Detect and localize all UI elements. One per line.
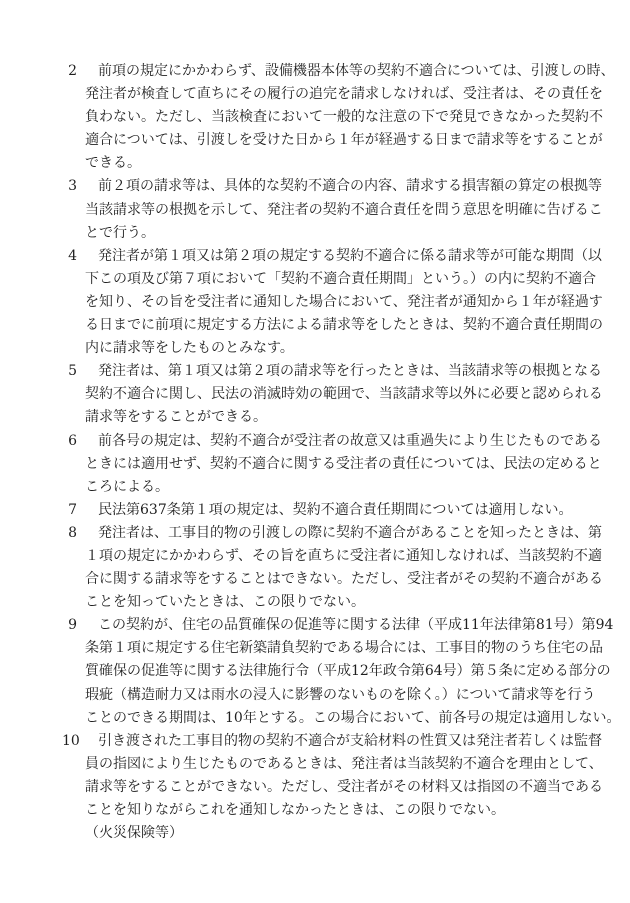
clause-10-line-2: 員の指図により生じたものであるときは、発注者は当該契約不適合を理由として、 <box>85 753 595 776</box>
clause-5-line-3: 請求等をすることができる。 <box>85 406 595 429</box>
clause-number: 10 <box>62 730 77 753</box>
clause-number: 7 <box>62 499 77 522</box>
clause-10-line-3: 請求等をすることができない。ただし、受注者がその材料又は指図の不適当である <box>85 776 595 799</box>
clause-7: 7民法第637条第１項の規定は、契約不適合責任期間については適用しない。 <box>85 499 595 522</box>
clause-8-line-2: １項の規定にかかわらず、その旨を直ちに受注者に通知しなければ、当該契約不適 <box>85 545 595 568</box>
clause-6-line-1: 6前各号の規定は、契約不適合が受注者の故意又は重過失により生じたものである <box>85 430 595 453</box>
clause-4-line-1: 4発注者が第１項又は第２項の規定する契約不適合に係る請求等が可能な期間（以 <box>85 245 595 268</box>
clause-4-line-5: 内に請求等をしたものとみなす。 <box>85 337 595 360</box>
clause-number: 2 <box>62 60 77 83</box>
clause-4-line-4: る日までに前項に規定する方法による請求等をしたときは、契約不適合責任期間の <box>85 314 595 337</box>
clause-number: 5 <box>62 360 77 383</box>
clause-9-line-5: ことのできる期間は、10年とする。この場合において、前各号の規定は適用しない。 <box>85 707 595 730</box>
clause-4-line-3: を知り、その旨を受注者に通知した場合において、発注者が通知から１年が経過す <box>85 291 595 314</box>
clause-2-line-3: 負わない。ただし、当該検査において一般的な注意の下で発見できなかった契約不 <box>85 106 595 129</box>
clause-2-line-1: 2前項の規定にかかわらず、設備機器本体等の契約不適合については、引渡しの時、 <box>85 60 595 83</box>
clause-5-line-2: 契約不適合に関し、民法の消滅時効の範囲で、当該請求等以外に必要と認められる <box>85 383 595 406</box>
clause-2-line-2: 発注者が検査して直ちにその履行の追完を請求しなければ、受注者は、その責任を <box>85 83 595 106</box>
clause-3-line-1: 3前２項の請求等は、具体的な契約不適合の内容、請求する損害額の算定の根拠等 <box>85 175 595 198</box>
clause-5-line-1: 5発注者は、第１項又は第２項の請求等を行ったときは、当該請求等の根拠となる <box>85 360 595 383</box>
clause-6-line-2: ときには適用せず、契約不適合に関する受注者の責任については、民法の定めると <box>85 453 595 476</box>
clause-9-line-2: 条第１項に規定する住宅新築請負契約である場合には、工事目的物のうち住宅の品 <box>85 637 595 660</box>
clause-3-line-2: 当該請求等の根拠を示して、発注者の契約不適合責任を問う意思を明確に告げるこ <box>85 199 595 222</box>
clause-3-line-3: とで行う。 <box>85 222 595 245</box>
clause-text: 前２項の請求等は、具体的な契約不適合の内容、請求する損害額の算定の根拠等 <box>98 178 602 194</box>
clause-5: 5発注者は、第１項又は第２項の請求等を行ったときは、当該請求等の根拠となる契約不… <box>85 360 595 429</box>
clause-text: 民法第637条第１項の規定は、契約不適合責任期間については適用しない。 <box>98 502 572 518</box>
clause-text: この契約が、住宅の品質確保の促進等に関する法律（平成11年法律第81号）第94 <box>98 617 613 633</box>
clause-4-line-2: 下この項及び第７項において「契約不適合責任期間」という。）の内に契約不適合 <box>85 268 595 291</box>
clause-8: 8発注者は、工事目的物の引渡しの際に契約不適合があることを知ったときは、第１項の… <box>85 522 595 614</box>
contract-text-block: 2前項の規定にかかわらず、設備機器本体等の契約不適合については、引渡しの時、発注… <box>85 60 595 845</box>
clause-2-line-4: 適合については、引渡しを受けた日から１年が経過する日まで請求等をすることが <box>85 129 595 152</box>
clause-text: 引き渡された工事目的物の契約不適合が支給材料の性質又は発注者若しくは監督 <box>98 733 602 749</box>
clause-10: 10引き渡された工事目的物の契約不適合が支給材料の性質又は発注者若しくは監督員の… <box>85 730 595 822</box>
clause-8-line-3: 合に関する請求等をすることはできない。ただし、受注者がその契約不適合がある <box>85 568 595 591</box>
clause-text: 前各号の規定は、契約不適合が受注者の故意又は重過失により生じたものである <box>98 433 602 449</box>
clause-number: 6 <box>62 430 77 453</box>
clause-9-line-1: 9この契約が、住宅の品質確保の促進等に関する法律（平成11年法律第81号）第94 <box>85 614 595 637</box>
clause-6: 6前各号の規定は、契約不適合が受注者の故意又は重過失により生じたものであるときに… <box>85 430 595 499</box>
clause-number: 9 <box>62 614 77 637</box>
clause-number: 8 <box>62 522 77 545</box>
clause-7-line-1: 7民法第637条第１項の規定は、契約不適合責任期間については適用しない。 <box>85 499 595 522</box>
section-heading-fire-insurance: （火災保険等） <box>85 822 595 845</box>
clause-2-line-5: できる。 <box>85 152 595 175</box>
clause-number: 3 <box>62 175 77 198</box>
clause-10-line-4: ことを知りながらこれを通知しなかったときは、この限りでない。 <box>85 799 595 822</box>
clause-3: 3前２項の請求等は、具体的な契約不適合の内容、請求する損害額の算定の根拠等当該請… <box>85 175 595 244</box>
clause-10-line-1: 10引き渡された工事目的物の契約不適合が支給材料の性質又は発注者若しくは監督 <box>85 730 595 753</box>
clause-text: 発注者は、工事目的物の引渡しの際に契約不適合があることを知ったときは、第 <box>98 525 602 541</box>
document-page: 2前項の規定にかかわらず、設備機器本体等の契約不適合については、引渡しの時、発注… <box>0 0 630 903</box>
clause-9-line-3: 質確保の促進等に関する法律施行令（平成12年政令第64号）第５条に定める部分の <box>85 660 595 683</box>
clause-number: 4 <box>62 245 77 268</box>
clause-9: 9この契約が、住宅の品質確保の促進等に関する法律（平成11年法律第81号）第94… <box>85 614 595 729</box>
clause-9-line-4: 瑕疵（構造耐力又は雨水の浸入に影響のないものを除く。）について請求等を行う <box>85 684 595 707</box>
clause-6-line-3: ころによる。 <box>85 476 595 499</box>
clause-8-line-1: 8発注者は、工事目的物の引渡しの際に契約不適合があることを知ったときは、第 <box>85 522 595 545</box>
clause-4: 4発注者が第１項又は第２項の規定する契約不適合に係る請求等が可能な期間（以下この… <box>85 245 595 360</box>
clause-text: 前項の規定にかかわらず、設備機器本体等の契約不適合については、引渡しの時、 <box>98 63 615 79</box>
clause-2: 2前項の規定にかかわらず、設備機器本体等の契約不適合については、引渡しの時、発注… <box>85 60 595 175</box>
clause-list: 2前項の規定にかかわらず、設備機器本体等の契約不適合については、引渡しの時、発注… <box>85 60 595 822</box>
clause-text: 発注者が第１項又は第２項の規定する契約不適合に係る請求等が可能な期間（以 <box>98 248 602 264</box>
clause-8-line-4: ことを知っていたときは、この限りでない。 <box>85 591 595 614</box>
clause-text: 発注者は、第１項又は第２項の請求等を行ったときは、当該請求等の根拠となる <box>98 363 602 379</box>
